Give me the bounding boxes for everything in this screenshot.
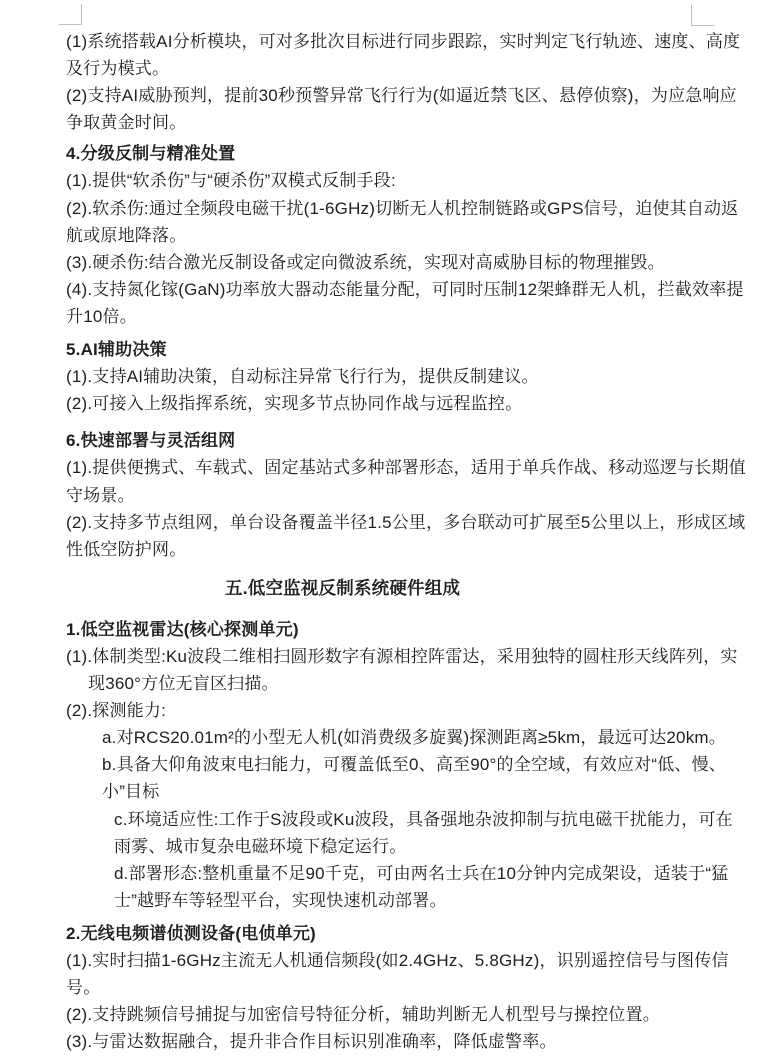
text-line: (2).支持跳频信号捕捉与加密信号特征分析，辅助判断无人机型号与操控位置。 — [66, 1001, 714, 1028]
text-line: a.对RCS20.01m²的小型无人机(如消费级多旋翼)探测距离≥5km，最远可… — [66, 724, 714, 751]
text-line: 争取黄金时间。 — [66, 109, 714, 136]
text-line: 升10倍。 — [66, 303, 714, 330]
document-page: (1)系统搭载AI分析模块，可对多批次目标进行同步跟踪，实时判定飞行轨迹、速度、… — [0, 0, 780, 1059]
text-line: c.环境适应性:工作于S波段或Ku波段，具备强地杂波抑制与抗电磁干扰能力，可在 — [66, 806, 714, 833]
text-line: (2).软杀伤:通过全频段电磁干扰(1-6GHz)切断无人机控制链路或GPS信号… — [66, 195, 714, 222]
text-line: b.具备大仰角波束电扫能力，可覆盖低至0、高至90°的全空域，有效应对“低、慢、 — [66, 751, 714, 778]
text-line: (1).支持AI辅助决策，自动标注异常飞行行为，提供反制建议。 — [66, 363, 714, 390]
body-paragraph: (1).体制类型:Ku波段二维相扫圆形数字有源相控阵雷达，采用独特的圆柱形天线阵… — [66, 643, 714, 697]
heading-line: 五.低空监视反制系统硬件组成 — [225, 575, 714, 602]
body-paragraph: a.对RCS20.01m²的小型无人机(如消费级多旋翼)探测距离≥5km，最远可… — [66, 724, 714, 751]
text-line: (3).硬杀伤:结合激光反制设备或定向微波系统，实现对高威胁目标的物理摧毁。 — [66, 249, 714, 276]
body-paragraph: (2).软杀伤:通过全频段电磁干扰(1-6GHz)切断无人机控制链路或GPS信号… — [66, 195, 714, 249]
heading-line: 1.低空监视雷达(核心探测单元) — [66, 616, 714, 643]
body-paragraph: (1)系统搭载AI分析模块，可对多批次目标进行同步跟踪，实时判定飞行轨迹、速度、… — [66, 28, 714, 82]
body-paragraph: (2).可接入上级指挥系统，实现多节点协同作战与远程监控。 — [66, 390, 714, 417]
text-line: 及行为模式。 — [66, 55, 714, 82]
text-line: 雨雾、城市复杂电磁环境下稳定运行。 — [66, 833, 714, 860]
text-line: 小”目标 — [66, 778, 714, 805]
text-line: (1).体制类型:Ku波段二维相扫圆形数字有源相控阵雷达，采用独特的圆柱形天线阵… — [66, 643, 714, 670]
body-paragraph: (2).探测能力: — [66, 697, 714, 724]
body-paragraph: (1).提供便携式、车载式、固定基站式多种部署形态，适用于单兵作战、移动巡逻与长… — [66, 454, 714, 508]
text-line: (1).实时扫描1-6GHz主流无人机通信频段(如2.4GHz、5.8GHz)，… — [66, 947, 714, 974]
heading-line: 4.分级反制与精准处置 — [66, 140, 714, 167]
body-paragraph: (3).硬杀伤:结合激光反制设备或定向微波系统，实现对高威胁目标的物理摧毁。 — [66, 249, 714, 276]
text-line: 性低空防护网。 — [66, 536, 714, 563]
text-line: (1).提供“软杀伤”与“硬杀伤”双模式反制手段: — [66, 167, 714, 194]
section-heading: 1.低空监视雷达(核心探测单元) — [66, 616, 714, 643]
section-heading: 6.快速部署与灵活组网 — [66, 427, 714, 454]
body-paragraph: b.具备大仰角波束电扫能力，可覆盖低至0、高至90°的全空域，有效应对“低、慢、… — [66, 751, 714, 805]
heading-line: 2.无线电频谱侦测设备(电侦单元) — [66, 920, 714, 947]
heading-line: 6.快速部署与灵活组网 — [66, 427, 714, 454]
body-paragraph: (2).支持跳频信号捕捉与加密信号特征分析，辅助判断无人机型号与操控位置。 — [66, 1001, 714, 1028]
text-line: (2).支持多节点组网，单台设备覆盖半径1.5公里，多台联动可扩展至5公里以上，… — [66, 509, 714, 536]
text-line: (1).提供便携式、车载式、固定基站式多种部署形态，适用于单兵作战、移动巡逻与长… — [66, 454, 714, 481]
heading-line: 5.AI辅助决策 — [66, 336, 714, 363]
body-paragraph: (2).支持多节点组网，单台设备覆盖半径1.5公里，多台联动可扩展至5公里以上，… — [66, 509, 714, 563]
body-paragraph: (4).支持氮化镓(GaN)功率放大器动态能量分配，可同时压制12架蜂群无人机，… — [66, 276, 714, 330]
text-line: 号。 — [66, 974, 714, 1001]
body-paragraph: c.环境适应性:工作于S波段或Ku波段，具备强地杂波抑制与抗电磁干扰能力，可在雨… — [66, 806, 714, 860]
section-heading: 2.无线电频谱侦测设备(电侦单元) — [66, 920, 714, 947]
document-text-area: (1)系统搭载AI分析模块，可对多批次目标进行同步跟踪，实时判定飞行轨迹、速度、… — [66, 0, 714, 1055]
text-line: (1)系统搭载AI分析模块，可对多批次目标进行同步跟踪，实时判定飞行轨迹、速度、… — [66, 28, 714, 55]
section-heading: 4.分级反制与精准处置 — [66, 140, 714, 167]
text-line: d.部署形态:整机重量不足90千克，可由两名士兵在10分钟内完成架设，适装于“猛 — [66, 860, 714, 887]
body-paragraph: (1).实时扫描1-6GHz主流无人机通信频段(如2.4GHz、5.8GHz)，… — [66, 947, 714, 1001]
body-paragraph: d.部署形态:整机重量不足90千克，可由两名士兵在10分钟内完成架设，适装于“猛… — [66, 860, 714, 914]
text-line: (2).可接入上级指挥系统，实现多节点协同作战与远程监控。 — [66, 390, 714, 417]
text-line: 现360°方位无盲区扫描。 — [66, 670, 714, 697]
body-paragraph: (3).与雷达数据融合，提升非合作目标识别准确率，降低虚警率。 — [66, 1028, 714, 1055]
text-line: 士”越野车等轻型平台，实现快速机动部署。 — [66, 887, 714, 914]
text-line: (2)支持AI威胁预判，提前30秒预警异常飞行行为(如逼近禁飞区、悬停侦察)，为… — [66, 82, 714, 109]
text-line: (2).探测能力: — [66, 697, 714, 724]
body-paragraph: (1).支持AI辅助决策，自动标注异常飞行行为，提供反制建议。 — [66, 363, 714, 390]
chapter-heading: 五.低空监视反制系统硬件组成 — [225, 575, 714, 602]
text-line: (4).支持氮化镓(GaN)功率放大器动态能量分配，可同时压制12架蜂群无人机，… — [66, 276, 714, 303]
text-line: 航或原地降落。 — [66, 222, 714, 249]
text-line: 守场景。 — [66, 482, 714, 509]
text-line: (3).与雷达数据融合，提升非合作目标识别准确率，降低虚警率。 — [66, 1028, 714, 1055]
section-heading: 5.AI辅助决策 — [66, 336, 714, 363]
body-paragraph: (1).提供“软杀伤”与“硬杀伤”双模式反制手段: — [66, 167, 714, 194]
body-paragraph: (2)支持AI威胁预判，提前30秒预警异常飞行行为(如逼近禁飞区、悬停侦察)，为… — [66, 82, 714, 136]
